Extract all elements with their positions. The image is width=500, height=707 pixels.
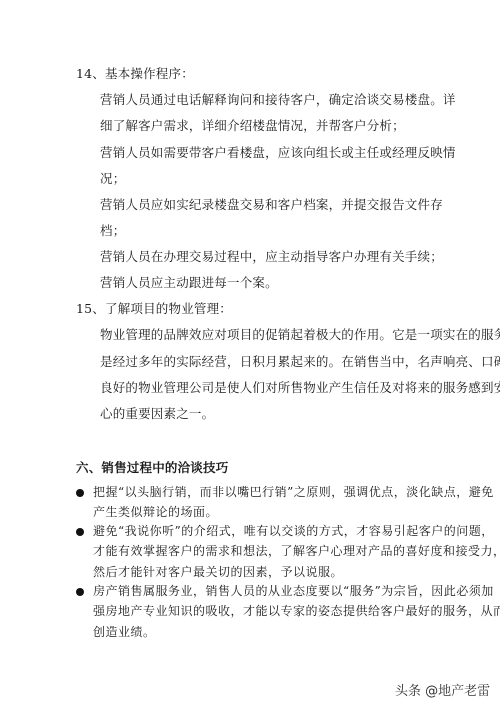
paragraph-line: 物业管理的品牌效应对项目的促销起着极大的作用。它是一项实在的服务， (100, 327, 500, 343)
bullet-line: 避免“我说你听”的介绍式，唯有以交谈的方式，才容易引起客户的问题， (93, 523, 494, 539)
paragraph-line: 况； (100, 171, 125, 187)
bullet-icon (76, 528, 84, 536)
bullet-icon (76, 489, 84, 497)
bullet-line: 产生类似辩论的场面。 (93, 504, 218, 520)
paragraph-line: 是经过多年的实际经营，日积月累起来的。在销售当中，名声响亮、口碑 (100, 354, 500, 370)
section6-heading: 六、销售过程中的洽谈技巧 (76, 460, 228, 476)
item14-heading: 14、基本操作程序： (76, 66, 194, 82)
paragraph-line: 细了解客户需求，详细介绍楼盘情况，并帮客户分析； (100, 118, 405, 134)
bullet-line: 然后才能针对客户最关切的因素，予以说服。 (93, 564, 343, 580)
bullet-line: 把握“以头脑行销，而非以嘴巴行销”之原则，强调优点，淡化缺点，避免 (93, 484, 494, 500)
paragraph-line: 营销人员应主动跟进每一个案。 (100, 275, 278, 291)
bullet-line: 房产销售属服务业，销售人员的从业态度要以“服务”为宗旨，因此必须加 (93, 583, 494, 599)
paragraph-line: 营销人员应如实纪录楼盘交易和客户档案，并提交报告文件存 (100, 197, 443, 213)
paragraph-line: 档； (100, 223, 125, 239)
paragraph-line: 营销人员如需要带客户看楼盘，应该向组长或主任或经理反映情 (100, 145, 456, 161)
bullet-icon (76, 588, 84, 596)
paragraph-line: 心的重要因素之一。 (100, 406, 214, 422)
bullet-line: 才能有效掌握客户的需求和想法，了解客户心理对产品的喜好度和接受力， (93, 543, 500, 559)
watermark: 头条 @地产老雷 (395, 680, 490, 699)
item15-heading: 15、了解项目的物业管理： (76, 301, 232, 317)
paragraph-line: 营销人员在办理交易过程中，应主动指导客户办理有关手续； (100, 249, 443, 265)
bullet-line: 创造业绩。 (93, 624, 156, 640)
paragraph-line: 营销人员通过电话解释询问和接待客户，确定洽谈交易楼盘。详 (100, 92, 456, 108)
paragraph-line: 良好的物业管理公司是使人们对所售物业产生信任及对将来的服务感到安 (100, 380, 500, 396)
bullet-line: 强房地产专业知识的吸收，才能以专家的姿态提供给客户最好的服务，从而 (93, 603, 500, 619)
